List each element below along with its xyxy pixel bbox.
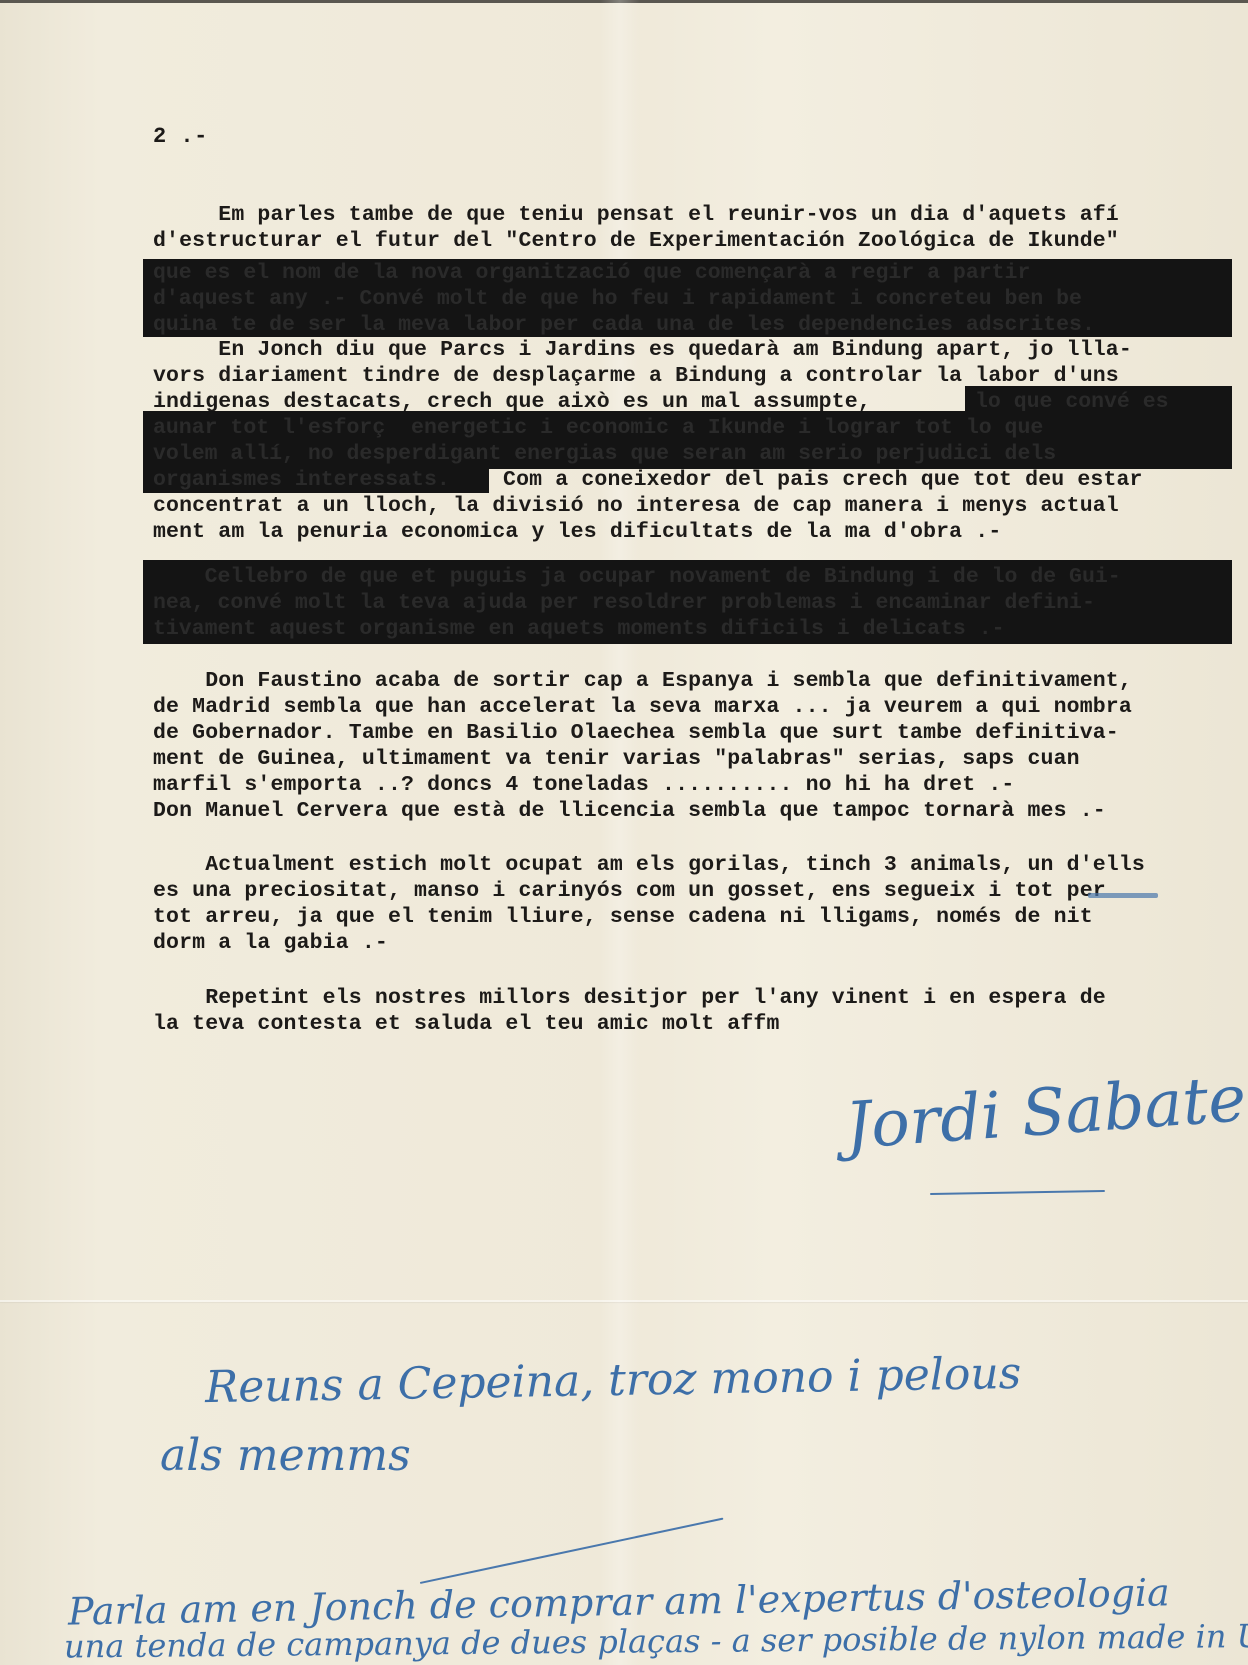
signature-underline [930, 1190, 1105, 1195]
text-line: concentrat a un lloch, la divisió no int… [153, 493, 1119, 519]
redacted-line: nea, convé molt la teva ajuda per resold… [153, 590, 1095, 616]
redacted-line: que es el nom de la nova organització qu… [153, 260, 1030, 286]
text-line: de Gobernador. Tambe en Basilio Olaechea… [153, 720, 1119, 746]
text-line: de Madrid sembla que han accelerat la se… [153, 694, 1132, 720]
text-line: Repetint els nostres millors desitjor pe… [153, 985, 1106, 1011]
redacted-line: aunar tot l'esforç energetic i economic … [153, 415, 1043, 441]
redacted-line: d'aquest any .- Convé molt de que ho feu… [153, 286, 1082, 312]
text-line: dorm a la gabia .- [153, 930, 388, 956]
text-line: es una preciositat, manso i carinyós com… [153, 878, 1106, 904]
text-line: tot arreu, ja que el tenim lliure, sense… [153, 904, 1093, 930]
redacted-line: Cellebro de que et puguis ja ocupar nova… [153, 564, 1121, 590]
paper-fold [0, 1300, 1248, 1302]
text-line: d'estructurar el futur del "Centro de Ex… [153, 228, 1119, 254]
handwritten-note: Reuns a Cepeina, troz mono i pelous [205, 1348, 1022, 1413]
signature: Jordi Sabater [843, 1060, 1248, 1164]
page-number: 2 .- [153, 124, 208, 149]
text-line: En Jonch diu que Parcs i Jardins es qued… [153, 337, 1132, 363]
text-line: la teva contesta et saluda el teu amic m… [153, 1011, 780, 1037]
text-line: marfil s'emporta ..? doncs 4 toneladas .… [153, 772, 1014, 798]
redacted-line: quina te de ser la meva labor per cada u… [153, 312, 1095, 338]
text-line: Don Manuel Cervera que està de llicencia… [153, 798, 1106, 824]
text-line: Em parles tambe de que teniu pensat el r… [153, 202, 1119, 228]
pen-strikethrough [1088, 893, 1158, 898]
pen-stroke [420, 1518, 724, 1584]
text-line: ment de Guinea, ultimament va tenir vari… [153, 746, 1080, 772]
text-line: ment am la penuria economica y les dific… [153, 519, 1001, 545]
text-line: Com a coneixedor del pais crech que tot … [490, 467, 1143, 493]
redacted-line: volem allí, no desperdigant energias que… [153, 441, 1056, 467]
redacted-line: tivament aquest organisme en aquets mome… [153, 616, 1005, 642]
handwritten-note: als memms [160, 1430, 411, 1481]
redacted-line: organismes interessats. [153, 467, 450, 493]
text-line: Don Faustino acaba de sortir cap a Espan… [153, 668, 1132, 694]
text-line: Actualment estich molt ocupat am els gor… [153, 852, 1145, 878]
